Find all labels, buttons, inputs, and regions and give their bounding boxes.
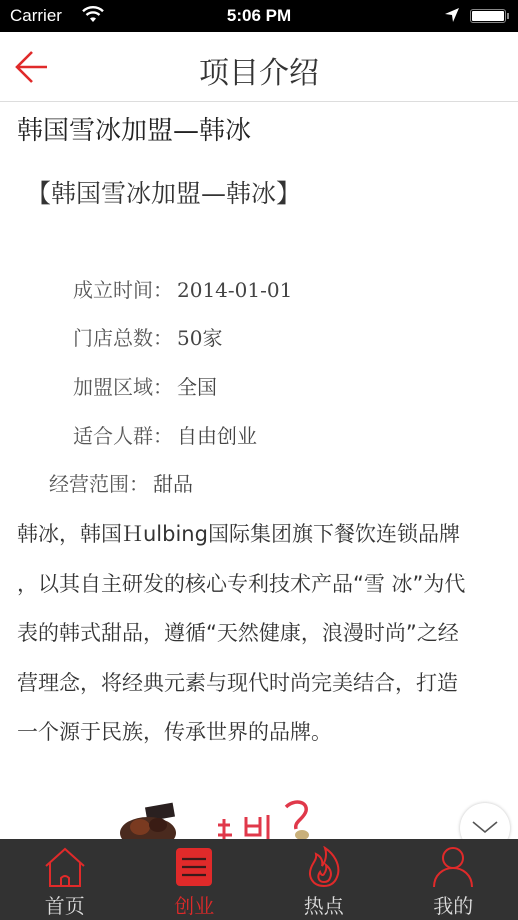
tab-label: 我的	[389, 890, 518, 919]
page-title: 项目介绍	[0, 48, 518, 92]
article-description: 韩冰，韩国Ｈulbing国际集团旗下餐饮连锁品牌 ，以其自主研发的核心专利技术产…	[17, 510, 507, 758]
article-title: 韩国雪冰加盟—韩冰	[17, 110, 251, 147]
info-value: 2014-01-01	[177, 278, 292, 302]
tab-label: 热点	[259, 890, 389, 919]
info-founded: 成立时间：2014-01-01	[73, 274, 292, 303]
tab-hot[interactable]: 热点	[259, 839, 389, 920]
tab-label: 创业	[130, 890, 260, 919]
tab-mine[interactable]: 我的	[389, 839, 518, 920]
info-value: 自由创业	[177, 424, 257, 448]
user-icon	[431, 846, 475, 888]
home-icon	[43, 846, 87, 888]
nav-header: 项目介绍	[0, 32, 518, 102]
description-line: 韩冰，韩国Ｈulbing国际集团旗下餐饮连锁品牌	[17, 510, 507, 560]
description-line: 表的韩式甜品，遵循“天然健康，浪漫时尚”之经	[17, 609, 507, 659]
description-line: 营理念，将经典元素与现代时尚完美结合，打造	[17, 659, 507, 709]
info-label: 经营范围：	[49, 472, 149, 496]
location-arrow-icon	[444, 7, 460, 28]
info-label: 门店总数：	[73, 326, 173, 350]
description-line: 一个源于民族，传承世界的品牌。	[17, 708, 507, 758]
status-bar: Carrier 5:06 PM	[0, 0, 518, 32]
info-region: 加盟区域：全国	[73, 371, 217, 400]
info-label: 加盟区域：	[73, 375, 173, 399]
tab-label: 首页	[0, 890, 130, 919]
description-line: ，以其自主研发的核心专利技术产品“雪 冰”为代	[17, 560, 507, 610]
bottom-tab-bar: 首页 创业 热点 我的	[0, 839, 518, 920]
tab-home[interactable]: 首页	[0, 839, 130, 920]
flame-icon	[302, 846, 346, 888]
clock: 5:06 PM	[0, 6, 518, 26]
list-icon	[172, 846, 216, 888]
brand-banner-image	[118, 795, 368, 840]
info-scope: 经营范围：甜品	[49, 468, 193, 497]
info-value: 50家	[177, 326, 222, 350]
info-store-count: 门店总数：50家	[73, 322, 222, 351]
battery-tip	[507, 13, 509, 19]
info-audience: 适合人群：自由创业	[73, 420, 257, 449]
info-value: 甜品	[153, 472, 193, 496]
tab-startup[interactable]: 创业	[130, 839, 260, 920]
info-value: 全国	[177, 375, 217, 399]
info-label: 适合人群：	[73, 424, 173, 448]
battery-icon	[470, 9, 506, 23]
article-subtitle: 【韩国雪冰加盟—韩冰】	[26, 174, 301, 210]
info-label: 成立时间：	[73, 278, 173, 302]
